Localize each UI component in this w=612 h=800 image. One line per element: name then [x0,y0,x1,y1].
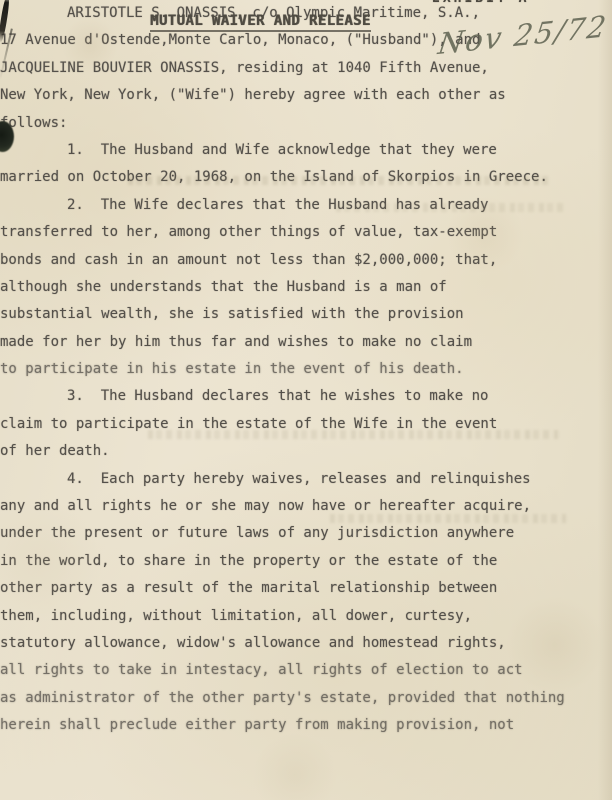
exhibit-stamp: EXHIBIT A [432,0,529,6]
doc-line: other party as a result of the marital r… [0,575,612,602]
doc-line: statutory allowance, widow's allowance a… [0,630,612,657]
doc-line: 1. The Husband and Wife acknowledge that… [0,137,612,164]
doc-line: follows: [0,110,612,137]
document-title: MUTUAL WAIVER AND RELEASE [150,13,371,32]
doc-line: bonds and cash in an amount not less tha… [0,247,612,274]
doc-line: under the present or future laws of any … [0,520,612,547]
doc-line: transferred to her, among other things o… [0,219,612,246]
doc-line: them, including, without limitation, all… [0,603,612,630]
document-body: ARISTOTLE S. ONASSIS, c/o Olympic Mariti… [0,0,612,740]
doc-line: to participate in his estate in the even… [0,356,612,383]
document-page: EXHIBIT A Nov 25/72 MUTUAL WAIVER AND RE… [0,0,612,800]
doc-line: herein shall preclude either party from … [0,712,612,739]
doc-line: JACQUELINE BOUVIER ONASSIS, residing at … [0,55,612,82]
doc-line: in the world, to share in the property o… [0,548,612,575]
doc-line: substantial wealth, she is satisfied wit… [0,301,612,328]
bleedthrough-line [128,176,548,185]
doc-line: although she understands that the Husban… [0,274,612,301]
doc-line: as administrator of the other party's es… [0,685,612,712]
bleedthrough-line [330,514,566,523]
bleedthrough-line [148,430,558,439]
doc-line: all rights to take in intestacy, all rig… [0,657,612,684]
doc-line: 4. Each party hereby waives, releases an… [0,466,612,493]
bleedthrough-line [336,203,564,212]
doc-line: New York, New York, ("Wife") hereby agre… [0,82,612,109]
doc-line: 3. The Husband declares that he wishes t… [0,383,612,410]
doc-line: of her death. [0,438,612,465]
doc-line: made for her by him thus far and wishes … [0,329,612,356]
